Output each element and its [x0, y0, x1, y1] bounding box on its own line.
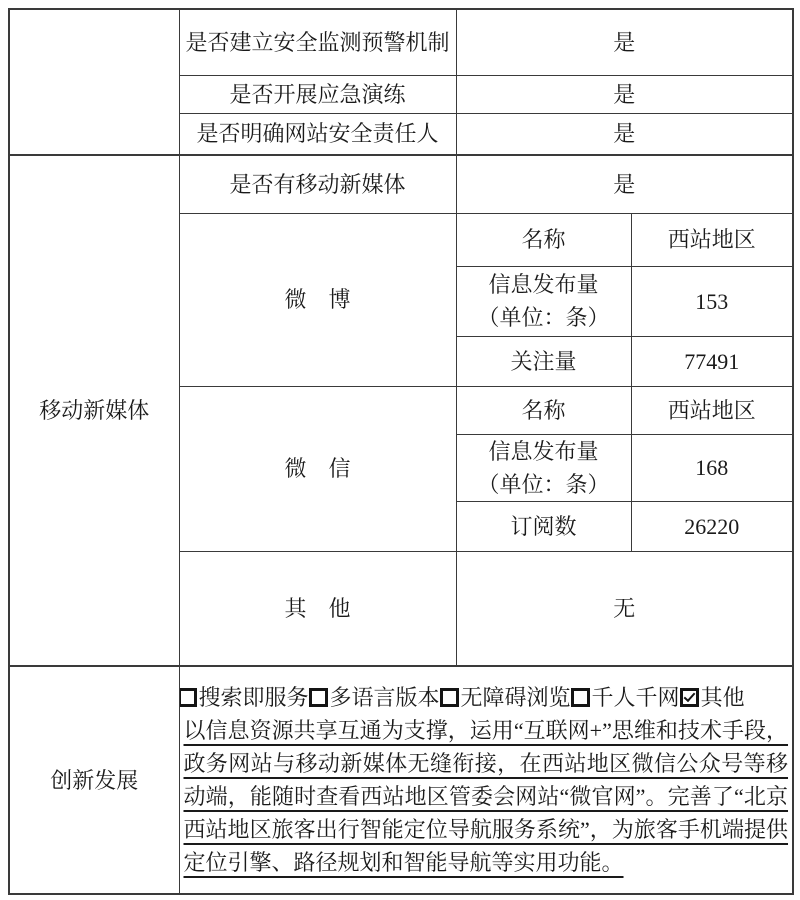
other-media-label: 其 他 [179, 551, 456, 666]
checkbox-item-personalized: 千人千网 [571, 685, 680, 710]
security-drill-label: 是否开展应急演练 [179, 75, 456, 113]
weibo-followers-value: 77491 [631, 336, 793, 386]
checkbox-icon-multilang [309, 688, 328, 707]
innovation-section-label: 创新发展 [9, 666, 179, 894]
checkbox-icon-search [179, 688, 197, 707]
wechat-name-value: 西站地区 [631, 386, 793, 434]
mobile-has-label: 是否有移动新媒体 [179, 155, 456, 213]
wechat-posts-label: 信息发布量 （单位：条） [456, 434, 631, 501]
checkbox-item-accessibility: 无障碍浏览 [440, 685, 571, 710]
checkbox-icon-accessibility [440, 688, 459, 707]
wechat-posts-label-line2: （单位：条） [461, 468, 627, 501]
security-section-label-cell [9, 9, 179, 155]
security-monitor-label: 是否建立安全监测预警机制 [179, 9, 456, 75]
weibo-posts-value: 153 [631, 266, 793, 336]
feature-checkbox-row: 搜索即服务多语言版本无障碍浏览千人千网其他 [179, 681, 788, 714]
weibo-posts-label-line2: （单位：条） [461, 301, 627, 334]
other-media-value: 无 [456, 551, 793, 666]
weibo-followers-label: 关注量 [456, 336, 631, 386]
security-monitor-value: 是 [456, 9, 793, 75]
innovation-description: 以信息资源共享互通为支撑，运用“互联网+”思维和技术手段，政务网站与移动新媒体无… [184, 714, 789, 879]
security-officer-label: 是否明确网站安全责任人 [179, 113, 456, 155]
wechat-subscribers-label: 订阅数 [456, 501, 631, 551]
wechat-name-label: 名称 [456, 386, 631, 434]
wechat-subscribers-value: 26220 [631, 501, 793, 551]
checkbox-icon-other-checked [680, 688, 699, 707]
checkbox-label-other: 其他 [701, 685, 745, 710]
checkbox-item-other: 其他 [680, 685, 745, 710]
mobile-has-value: 是 [456, 155, 793, 213]
checkbox-label-multilang: 多语言版本 [330, 685, 440, 710]
report-page: 是否建立安全监测预警机制 是 是否开展应急演练 是 是否明确网站安全责任人 是 … [0, 0, 800, 900]
wechat-posts-value: 168 [631, 434, 793, 501]
weibo-posts-label: 信息发布量 （单位：条） [456, 266, 631, 336]
security-drill-value: 是 [456, 75, 793, 113]
weibo-label: 微 博 [179, 213, 456, 386]
innovation-content-cell: 搜索即服务多语言版本无障碍浏览千人千网其他 以信息资源共享互通为支撑，运用“互联… [179, 666, 793, 894]
checkbox-label-search: 搜索即服务 [199, 685, 309, 710]
security-officer-value: 是 [456, 113, 793, 155]
checkbox-label-personalized: 千人千网 [592, 685, 680, 710]
weibo-name-value: 西站地区 [631, 213, 793, 266]
annual-report-table: 是否建立安全监测预警机制 是 是否开展应急演练 是 是否明确网站安全责任人 是 … [8, 8, 794, 895]
checkbox-item-search: 搜索即服务 [179, 685, 309, 710]
wechat-posts-label-line1: 信息发布量 [461, 435, 627, 468]
checkbox-icon-personalized [571, 688, 590, 707]
wechat-label: 微 信 [179, 386, 456, 551]
checkbox-label-accessibility: 无障碍浏览 [461, 685, 571, 710]
weibo-posts-label-line1: 信息发布量 [461, 268, 627, 301]
weibo-name-label: 名称 [456, 213, 631, 266]
mobile-section-label: 移动新媒体 [9, 155, 179, 666]
checkbox-item-multilang: 多语言版本 [309, 685, 440, 710]
